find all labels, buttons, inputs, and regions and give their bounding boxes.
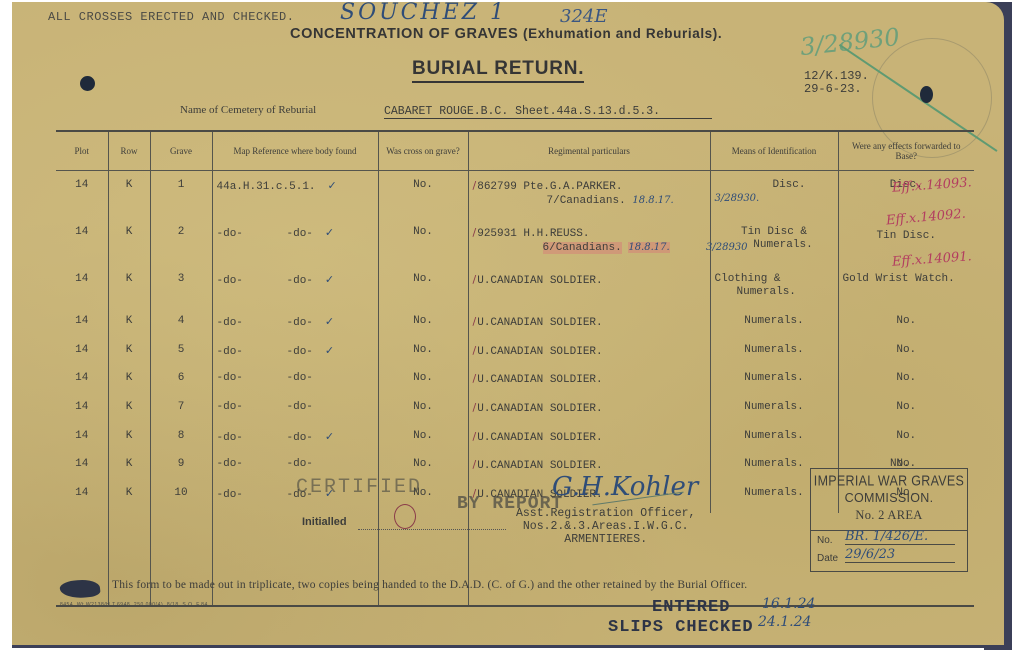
- regimental-line1: U.CANADIAN SOLDIER.: [477, 275, 602, 287]
- cell-plot: 14: [56, 455, 108, 484]
- map-ref-value: -do-: [287, 346, 313, 358]
- table-row: 14 K 1 44a.H.31.c.5.1.✓ No. /862799 Pte.…: [56, 171, 974, 219]
- cell-grave: 5: [150, 341, 212, 370]
- col-map-ref: Map Reference where body found: [212, 131, 378, 171]
- table-header-row: Plot Row Grave Map Reference where body …: [56, 131, 974, 171]
- regimental-line2: 6/Canadians.: [543, 242, 622, 254]
- cell-plot: 14: [56, 484, 108, 513]
- cell-grave: 3: [150, 265, 212, 312]
- slash-mark-icon: /: [473, 315, 477, 328]
- punch-hole-icon: [920, 86, 933, 103]
- identification-note: 3/28930: [706, 242, 748, 253]
- map-ref-value: -do-: [287, 401, 313, 413]
- form-title: BURIAL RETURN.: [412, 58, 584, 83]
- cell-effects: No.: [838, 398, 974, 427]
- cell-identification: Numerals.: [710, 398, 838, 427]
- col-identification: Means of Identification: [710, 131, 838, 171]
- effects-value: Tin Disc.: [843, 230, 971, 243]
- cell-identification: Numerals.: [710, 312, 838, 341]
- iwgc-number-row: No. BR. 1/426/E.: [811, 531, 967, 547]
- cell-effects: No.: [838, 427, 974, 456]
- initialled-label: Initialled: [302, 516, 347, 528]
- cell-regimental: /U.CANADIAN SOLDIER.: [468, 341, 710, 370]
- officer-block: Asst.Registration Officer, Nos.2.&.3.Are…: [516, 507, 695, 546]
- regimental-line1: 925931 H.H.REUSS.: [477, 228, 589, 240]
- cell-map-ref: 44a.H.31.c.5.1.✓: [212, 171, 378, 219]
- initialled-dotted-line: [358, 517, 506, 530]
- printer-imprint: 8454. Wt.W2138/H.T.6948. 250,000(4). 8/1…: [60, 602, 210, 608]
- map-ref-value: -do-: [287, 275, 313, 287]
- cell-cross: No.: [378, 265, 468, 312]
- cell-grave: 10: [150, 484, 212, 513]
- table-row: 14 K 8 -do--do-✓ No. /U.CANADIAN SOLDIER…: [56, 427, 974, 456]
- cell-map-ref: -do--do-✓: [212, 341, 378, 370]
- map-ref-value: -do-: [217, 275, 287, 288]
- iwgc-line1: IMPERIAL WAR GRAVES: [811, 472, 967, 492]
- cell-grave: 8: [150, 427, 212, 456]
- cell-cross: No.: [378, 341, 468, 370]
- cell-grave: 7: [150, 398, 212, 427]
- cell-map-ref: -do--do-✓: [212, 265, 378, 312]
- slips-checked-stamp: SLIPS CHECKED: [608, 618, 754, 637]
- cell-identification: Numerals.: [710, 369, 838, 398]
- punch-hole-icon: [80, 76, 95, 91]
- cell-map-ref: -do--do-: [212, 369, 378, 398]
- officer-signature: G.H.Kohler: [552, 472, 698, 502]
- heading-main: CONCENTRATION OF GRAVES: [290, 26, 518, 42]
- iwgc-date-value: 29/6/23: [845, 547, 955, 563]
- identification-note: 3/28930.: [715, 192, 834, 205]
- cell-plot: 14: [56, 398, 108, 427]
- regimental-line1: U.CANADIAN SOLDIER.: [477, 432, 602, 444]
- cell-plot: 14: [56, 265, 108, 312]
- slash-mark-icon: /: [473, 458, 477, 471]
- cell-grave: 1: [150, 171, 212, 219]
- cell-plot: 14: [56, 341, 108, 370]
- cell-map-ref: -do--do-✓: [212, 218, 378, 265]
- map-ref-value: -do-: [287, 458, 313, 470]
- cell-identification: Clothing & Numerals.: [710, 265, 838, 312]
- cell-row: K: [108, 265, 150, 312]
- cell-map-ref: -do--do-: [212, 398, 378, 427]
- regimental-line2: 7/Canadians.: [473, 195, 626, 207]
- map-ref-value: -do-: [217, 432, 287, 445]
- iwgc-date-row: Date 29/6/23: [811, 549, 967, 565]
- cell-row: K: [108, 455, 150, 484]
- circled-initials: [394, 504, 416, 529]
- regimental-date: 18.8.17.: [632, 195, 673, 206]
- officer-title: Asst.Registration Officer,: [516, 507, 695, 520]
- paper-bottom-edge: [12, 645, 1004, 648]
- identification-value-line2: Numerals.: [715, 286, 834, 299]
- cell-plot: 14: [56, 427, 108, 456]
- cell-grave: 6: [150, 369, 212, 398]
- regimental-date: 18.8.17.: [628, 242, 669, 253]
- map-ref-value: -do-: [217, 317, 287, 330]
- file-reference: 12/K.139. 29-6-23.: [804, 70, 869, 96]
- cell-row: K: [108, 369, 150, 398]
- col-cross: Was cross on grave?: [378, 131, 468, 171]
- col-grave: Grave: [150, 131, 212, 171]
- slash-mark-icon: /: [473, 344, 477, 357]
- col-regimental: Regimental particulars: [468, 131, 710, 171]
- check-mark-icon: ✓: [325, 226, 334, 239]
- iwgc-stamp: IMPERIAL WAR GRAVES COMMISSION. No. 2 AR…: [810, 468, 968, 572]
- map-ref-value: -do-: [287, 228, 313, 240]
- cell-regimental: /U.CANADIAN SOLDIER.: [468, 265, 710, 312]
- regimental-line1: U.CANADIAN SOLDIER.: [477, 403, 602, 415]
- cell-identification: Numerals.: [710, 427, 838, 456]
- table-row: 14 K 4 -do--do-✓ No. /U.CANADIAN SOLDIER…: [56, 312, 974, 341]
- cell-row: K: [108, 171, 150, 219]
- table-row: 14 K 7 -do--do- No. /U.CANADIAN SOLDIER.…: [56, 398, 974, 427]
- regimental-line1: U.CANADIAN SOLDIER.: [477, 346, 602, 358]
- regimental-line1: U.CANADIAN SOLDIER.: [477, 374, 602, 386]
- slash-mark-icon: /: [473, 430, 477, 443]
- cell-regimental: /U.CANADIAN SOLDIER.: [468, 427, 710, 456]
- cell-regimental: /U.CANADIAN SOLDIER.: [468, 369, 710, 398]
- cell-cross: No.: [378, 312, 468, 341]
- map-ref-value: -do-: [217, 489, 287, 502]
- cemetery-value: CABARET ROUGE.B.C. Sheet.44a.S.13.d.5.3.: [384, 105, 712, 119]
- col-plot: Plot: [56, 131, 108, 171]
- slash-mark-icon: /: [473, 372, 477, 385]
- iwgc-no-value: BR. 1/426/E.: [845, 529, 955, 545]
- check-mark-icon: ✓: [328, 179, 337, 192]
- handwritten-ref-suffix: 324E: [560, 6, 608, 27]
- burial-return-document: ALL CROSSES ERECTED AND CHECKED. SOUCHEZ…: [12, 2, 1004, 648]
- effects-value: Gold Wrist Watch.: [843, 273, 971, 286]
- cell-regimental: /U.CANADIAN SOLDIER.: [468, 312, 710, 341]
- cell-regimental: /U.CANADIAN SOLDIER.: [468, 398, 710, 427]
- certified-stamp: CERTIFIED: [296, 476, 422, 499]
- heading-sub: (Exhumation and Reburials).: [523, 26, 722, 41]
- cell-cross: No.: [378, 171, 468, 219]
- cell-plot: 14: [56, 218, 108, 265]
- identification-value: Clothing &: [715, 273, 834, 286]
- map-ref-value: -do-: [217, 346, 287, 359]
- table-row: 14 K 5 -do--do-✓ No. /U.CANADIAN SOLDIER…: [56, 341, 974, 370]
- slash-mark-icon: /: [473, 179, 477, 192]
- cell-identification: Disc. 3/28930.: [710, 171, 838, 219]
- cell-identification: Numerals.: [710, 341, 838, 370]
- check-mark-icon: ✓: [325, 273, 334, 286]
- cell-effects: No.: [838, 341, 974, 370]
- cell-plot: 14: [56, 369, 108, 398]
- cell-row: K: [108, 427, 150, 456]
- identification-value: Tin Disc &: [715, 226, 834, 239]
- cell-cross: No.: [378, 369, 468, 398]
- cell-map-ref: -do--do-✓: [212, 427, 378, 456]
- check-mark-icon: ✓: [325, 430, 334, 443]
- regimental-line1: U.CANADIAN SOLDIER.: [477, 460, 602, 472]
- table-row: 14 K 3 -do--do-✓ No. /U.CANADIAN SOLDIER…: [56, 265, 974, 312]
- map-ref-value: 44a.H.31.c.5.1.: [217, 181, 316, 193]
- top-typed-note: ALL CROSSES ERECTED AND CHECKED.: [48, 10, 294, 24]
- slash-mark-icon: /: [473, 273, 477, 286]
- footer-instruction: This form to be made out in triplicate, …: [112, 579, 747, 591]
- identification-value: Disc.: [715, 179, 834, 192]
- cell-effects: No.: [838, 369, 974, 398]
- cell-regimental: /862799 Pte.G.A.PARKER. 7/Canadians. 18.…: [468, 171, 710, 219]
- cell-row: K: [108, 484, 150, 513]
- officer-unit: Nos.2.&.3.Areas.I.W.G.C.: [516, 520, 695, 533]
- file-ref-date: 29-6-23.: [804, 83, 869, 96]
- cell-row: K: [108, 218, 150, 265]
- regimental-line1: U.CANADIAN SOLDIER.: [477, 317, 602, 329]
- cell-effects: No.: [838, 312, 974, 341]
- cell-regimental: /925931 H.H.REUSS. 6/Canadians. 18.8.17.: [468, 218, 710, 265]
- slash-mark-icon: /: [473, 401, 477, 414]
- cell-row: K: [108, 312, 150, 341]
- map-ref-value: -do-: [287, 432, 313, 444]
- cell-row: K: [108, 398, 150, 427]
- regimental-line1: 862799 Pte.G.A.PARKER.: [477, 181, 622, 193]
- cell-row: K: [108, 341, 150, 370]
- map-ref-value: -do-: [217, 401, 287, 414]
- iwgc-line3: No. 2 AREA: [811, 507, 967, 524]
- col-row: Row: [108, 131, 150, 171]
- iwgc-line2: COMMISSION.: [811, 490, 967, 507]
- cell-cross: No.: [378, 398, 468, 427]
- cell-plot: 14: [56, 312, 108, 341]
- cell-map-ref: -do--do-✓: [212, 312, 378, 341]
- entered-stamp: ENTERED: [652, 598, 730, 617]
- cell-cross: No.: [378, 427, 468, 456]
- cell-grave: 9: [150, 455, 212, 484]
- slips-date-note: 24.1.24: [758, 614, 811, 630]
- cell-grave: 2: [150, 218, 212, 265]
- officer-location: ARMENTIERES.: [516, 533, 695, 546]
- cell-effects: Gold Wrist Watch.: [838, 265, 974, 312]
- green-annotation: 3/28930: [799, 23, 901, 61]
- cell-plot: 14: [56, 171, 108, 219]
- entered-date-note: 16.1.24: [762, 596, 815, 612]
- check-mark-icon: ✓: [325, 344, 334, 357]
- iwgc-date-label: Date: [817, 553, 838, 564]
- table-row: 14 K 2 -do--do-✓ No. /925931 H.H.REUSS. …: [56, 218, 974, 265]
- document-heading: CONCENTRATION OF GRAVES (Exhumation and …: [290, 26, 722, 42]
- slash-mark-icon: /: [473, 226, 477, 239]
- handwritten-location-ref: SOUCHEZ 1: [340, 0, 507, 25]
- map-ref-value: -do-: [287, 372, 313, 384]
- map-ref-value: -do-: [217, 372, 287, 385]
- check-mark-icon: ✓: [325, 315, 334, 328]
- map-ref-value: -do-: [287, 317, 313, 329]
- map-ref-value: -do-: [217, 228, 287, 241]
- table-row: 14 K 6 -do--do- No. /U.CANADIAN SOLDIER.…: [56, 369, 974, 398]
- cemetery-label: Name of Cemetery of Reburial: [180, 104, 316, 116]
- cell-grave: 4: [150, 312, 212, 341]
- cell-cross: No.: [378, 218, 468, 265]
- map-ref-value: -do-: [217, 458, 287, 471]
- iwgc-no-label: No.: [817, 535, 833, 546]
- col-effects: Were any effects forwarded to Base?: [838, 131, 974, 171]
